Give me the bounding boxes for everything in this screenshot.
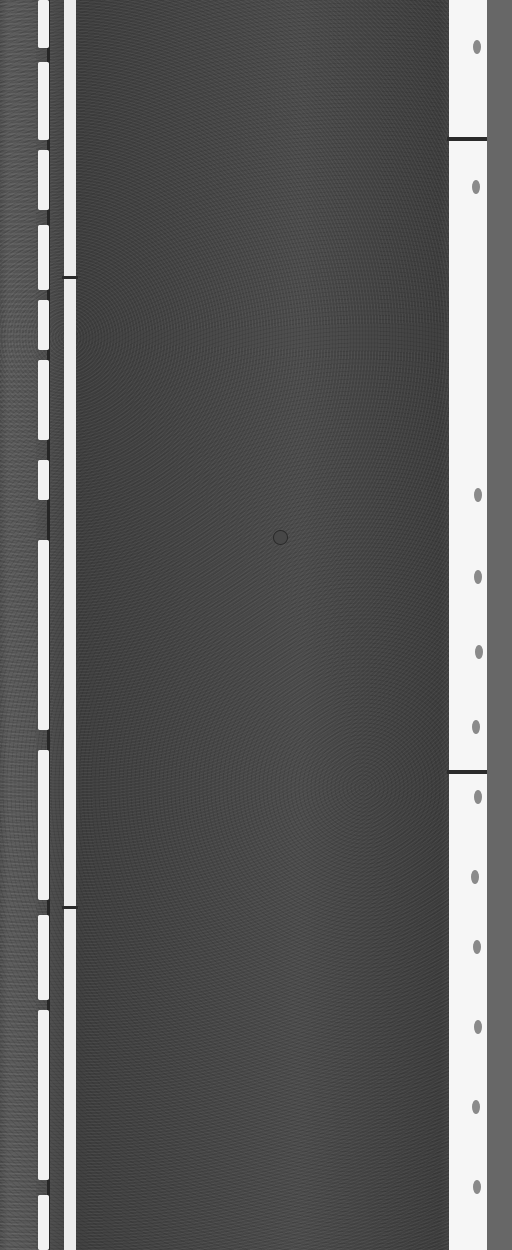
line-joint — [447, 770, 489, 774]
edge-dash — [38, 540, 49, 730]
road-surface — [0, 0, 512, 1250]
solid-lane-line — [64, 0, 76, 1250]
paint-wear-spot — [472, 720, 480, 734]
paint-wear-spot — [471, 870, 479, 884]
line-joint — [447, 137, 489, 141]
line-joint — [62, 906, 78, 909]
edge-dash — [38, 150, 49, 210]
edge-dash — [38, 225, 49, 290]
paint-wear-spot — [474, 1020, 482, 1034]
paint-wear-spot — [473, 40, 481, 54]
paint-wear-spot — [473, 1180, 481, 1194]
left-shoulder — [0, 0, 36, 1250]
right-edge-line — [449, 0, 487, 1250]
edge-dash — [38, 360, 49, 440]
paint-wear-spot — [473, 940, 481, 954]
edge-dash — [38, 0, 49, 48]
paint-wear-spot — [472, 1100, 480, 1114]
edge-dash — [38, 915, 49, 1000]
edge-dash — [38, 1010, 49, 1180]
edge-dash — [38, 750, 49, 900]
edge-dash — [38, 62, 49, 140]
edge-dash — [38, 300, 49, 350]
right-shoulder — [487, 0, 512, 1250]
line-joint — [62, 276, 78, 279]
edge-dash — [38, 460, 49, 500]
paint-wear-spot — [474, 488, 482, 502]
utility-cover — [273, 530, 288, 545]
paint-wear-spot — [472, 180, 480, 194]
edge-dash — [38, 1195, 49, 1250]
paint-wear-spot — [474, 790, 482, 804]
paint-wear-spot — [475, 645, 483, 659]
paint-wear-spot — [474, 570, 482, 584]
